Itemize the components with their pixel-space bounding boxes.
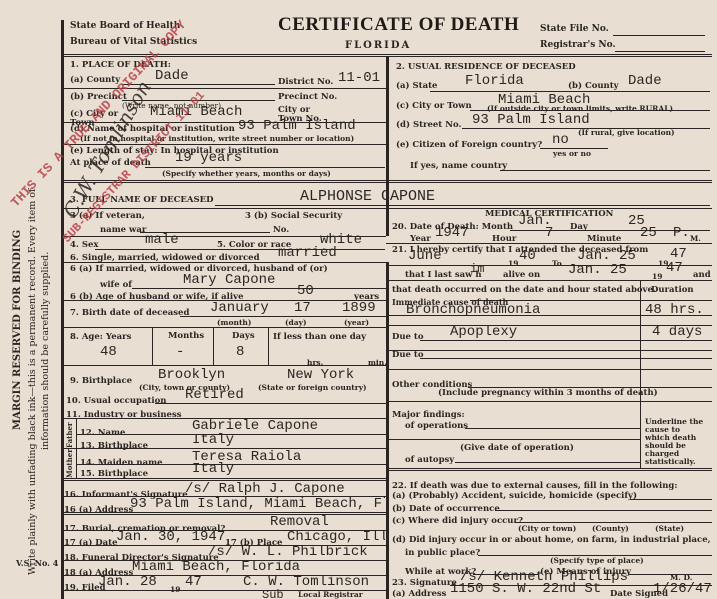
rule <box>62 512 386 515</box>
age-years: 48 <box>100 344 117 360</box>
alive-year: 47 <box>666 260 683 276</box>
funeral-director-address: Miami Beach, Florida <box>132 559 300 575</box>
age-months: - <box>176 344 184 360</box>
res-street-label: (d) Street No. <box>396 120 461 130</box>
external-b-label: (b) Date of occurrence <box>392 504 500 514</box>
major-label: Major findings: <box>392 410 465 420</box>
res-county-value: Dade <box>628 73 662 89</box>
registrar-no-label: Registrar's No. <box>540 40 616 50</box>
district-label: District No. <box>278 77 333 87</box>
dod-minute: 25 <box>640 225 657 241</box>
state-name: FLORIDA <box>345 40 411 51</box>
date-signed: 1/26/47 <box>653 581 712 597</box>
rule <box>215 205 710 206</box>
res-county-label: (b) County <box>568 81 619 91</box>
registrar-no-field <box>615 51 705 52</box>
year-hint: (year) <box>344 318 369 327</box>
last-saw-him: im <box>470 262 484 276</box>
external-d-label: (d) Did injury occur in or about home, o… <box>392 535 711 545</box>
residence-heading: 2. USUAL RESIDENCE OF DECEASED <box>396 62 576 72</box>
father-birthplace-label: 13. Birthplace <box>80 441 148 451</box>
rule <box>420 358 712 359</box>
district-value: 11-01 <box>338 70 380 86</box>
rule <box>386 369 712 370</box>
rule <box>420 340 712 341</box>
op-date-hint: (Give date of operation) <box>460 443 574 453</box>
attend-from: June <box>408 248 442 264</box>
spouse-age-value: 50 <box>297 283 314 299</box>
death-certificate: MARGIN RESERVED FOR BINDING Write plainl… <box>0 0 717 599</box>
rule <box>155 403 386 404</box>
filed-year: 47 <box>185 574 202 590</box>
ssn-no-label: No. <box>273 225 289 235</box>
underline-note: Underline the cause to which death shoul… <box>645 418 707 466</box>
rule <box>62 365 386 366</box>
rule <box>386 280 712 281</box>
birth-day: 17 <box>294 300 311 316</box>
physician-sig-label: 23. Signature <box>392 578 457 588</box>
city-hint: (City or town) <box>518 524 576 533</box>
due-to-label: Due to <box>392 332 424 342</box>
rule <box>132 288 386 289</box>
and-label: and <box>693 270 711 280</box>
dod-ampm: P. <box>673 225 690 241</box>
stay-line <box>145 167 385 168</box>
rule <box>386 439 640 440</box>
funeral-director: /s/ W. L. Philbrick <box>208 544 368 560</box>
margin-ink-note: Write plainly with unfading black ink—th… <box>27 189 38 575</box>
citizen-label: (e) Citizen of Foreign country? <box>396 140 542 150</box>
rule <box>386 265 712 266</box>
burial-date: Jan. 30, 1947 <box>116 529 225 545</box>
duration-label: Duration <box>651 285 694 295</box>
agency-line1: State Board of Health <box>70 21 180 31</box>
citizen-hint: yes or no <box>553 149 591 158</box>
occupation-label: 10. Usual occupation <box>66 396 166 406</box>
rule <box>213 327 214 365</box>
day-hint: (day) <box>285 318 307 327</box>
birthplace-city: Brooklyn <box>158 367 225 383</box>
month-hint: (month) <box>217 318 251 327</box>
physician-addr-label: (a) Address <box>392 589 446 599</box>
father-birthplace: Italy <box>192 432 234 448</box>
informant-address: 93 Palm Island, Miami Beach, Fla. <box>130 496 385 512</box>
rule <box>386 350 712 351</box>
res-state-label: (a) State <box>396 81 437 91</box>
burial-value: Removal <box>270 514 329 530</box>
marital-value: married <box>278 245 337 261</box>
less-day-label: If less than one day <box>273 332 366 342</box>
sub-registrar: Sub <box>262 588 284 599</box>
due-to2-label: Due to <box>392 350 424 360</box>
county-hint: (County) <box>592 524 629 533</box>
age-days: 8 <box>236 344 244 360</box>
rule <box>95 249 385 250</box>
rule <box>455 462 640 463</box>
from-19: 19 <box>508 259 518 268</box>
rule <box>500 170 710 171</box>
due-to-cause: Apoplexy <box>450 324 517 340</box>
attend-from-year: 40 <box>519 248 536 264</box>
rule <box>268 327 269 365</box>
county-label: (a) County <box>70 75 120 85</box>
dod-hour: 7 <box>545 225 553 241</box>
country-label: If yes, name country <box>410 161 507 171</box>
rule <box>62 262 386 263</box>
ssn-label: 3 (b) Social Security <box>245 211 342 221</box>
informant-signature: /s/ Ralph J. Capone <box>185 481 345 497</box>
rule <box>386 243 712 244</box>
mother-side-label: Mother <box>65 449 74 478</box>
physician-address: 1150 S. W. 22nd St <box>450 581 601 597</box>
rule <box>630 499 712 500</box>
duration-divider <box>640 280 641 468</box>
abode-hint: (Specify whether years, months or days) <box>162 169 331 178</box>
birthplace-state: New York <box>287 367 354 383</box>
father-side-label: Father <box>65 422 74 448</box>
section-divider-bottom <box>386 262 389 599</box>
state-file-field <box>613 35 705 36</box>
burial-date-label: 17 (a) Date <box>64 538 118 548</box>
res-state-value: Florida <box>465 73 524 89</box>
autopsy-label: of autopsy <box>405 455 454 465</box>
alive-on: Jan. 25 <box>568 262 627 278</box>
margin-binding-note: MARGIN RESERVED FOR BINDING <box>12 230 23 430</box>
father-name-label: 12. Name <box>80 428 125 438</box>
margin-supplied-note: information should be carefully supplied… <box>40 252 51 450</box>
age-months-label: Months <box>168 331 204 341</box>
res-street-value: 93 Palm Island <box>472 112 590 128</box>
wife-label: wife of <box>100 280 132 290</box>
county-value: Dade <box>155 68 189 84</box>
external-c-label: (c) Where did injury occur? <box>392 516 523 526</box>
burial-place: Chicago, Ill <box>287 529 385 545</box>
spouse-name: Mary Capone <box>183 272 275 288</box>
other-hint: (Include pregnancy within 3 months of de… <box>438 388 658 398</box>
rule <box>62 208 712 209</box>
birthplace-label: 9. Birthplace <box>70 376 132 386</box>
rule <box>180 316 386 317</box>
public-label: in public place? <box>405 548 480 558</box>
dod-year: 1947 <box>435 225 469 241</box>
war-label: name war <box>100 225 146 235</box>
form-number: V.S. No. 4 <box>16 558 58 568</box>
stay-value: 19 years <box>175 150 242 166</box>
rule <box>62 327 386 328</box>
citizen-value: no <box>552 132 569 148</box>
local-registrar-label: Local Registrar <box>298 590 363 599</box>
m-label: M. <box>690 234 701 243</box>
age-years-label: 8. Age: Years <box>70 332 131 342</box>
deceased-name: ALPHONSE CAPONE <box>300 188 435 205</box>
precinct-no-label: Precinct No. <box>278 92 337 102</box>
rule <box>470 300 712 301</box>
age-days-label: Days <box>232 331 255 341</box>
mother-birthplace: Italy <box>192 461 234 477</box>
type-hint: (Specify type of place) <box>550 556 644 565</box>
certificate-title: CERTIFICATE OF DEATH <box>278 14 519 36</box>
birthplace-state-hint: (State or foreign country) <box>258 383 367 392</box>
to-label: To <box>552 259 562 268</box>
mother-maiden-label: 14. Maiden name <box>80 458 162 468</box>
state-file-label: State File No. <box>540 24 609 34</box>
filed-date: Jan. 28 <box>98 574 157 590</box>
birth-label: 7. Birth date of deceased <box>70 308 189 318</box>
occupation-value: Retired <box>185 387 244 403</box>
sex-value: male <box>145 232 179 248</box>
rule <box>465 428 640 429</box>
section-divider-top <box>386 56 389 236</box>
birth-month: January <box>210 300 269 316</box>
rule <box>515 522 712 523</box>
res-city-label: (c) City or Town <box>396 101 472 111</box>
rule <box>386 315 712 316</box>
res-street-hint: (If rural, give location) <box>578 128 675 137</box>
operations-label: of operations <box>405 421 468 431</box>
rule <box>386 468 712 471</box>
rule <box>495 510 712 511</box>
rule <box>386 401 712 402</box>
state-hint: (State) <box>655 524 684 533</box>
rule <box>152 327 153 365</box>
birth-year: 1899 <box>342 300 376 316</box>
due-to-duration: 4 days <box>652 324 702 340</box>
section-rule <box>62 180 712 183</box>
external-a-label: (a) (Probably) Accident, suicide, homici… <box>392 491 637 501</box>
hospital-value: 93 Palm Island <box>238 118 356 134</box>
external-heading: 22. If death was due to external causes,… <box>392 481 678 491</box>
stated-label: that death occurred on the date and hour… <box>392 285 656 295</box>
alive-on-label: alive on <box>503 270 540 280</box>
